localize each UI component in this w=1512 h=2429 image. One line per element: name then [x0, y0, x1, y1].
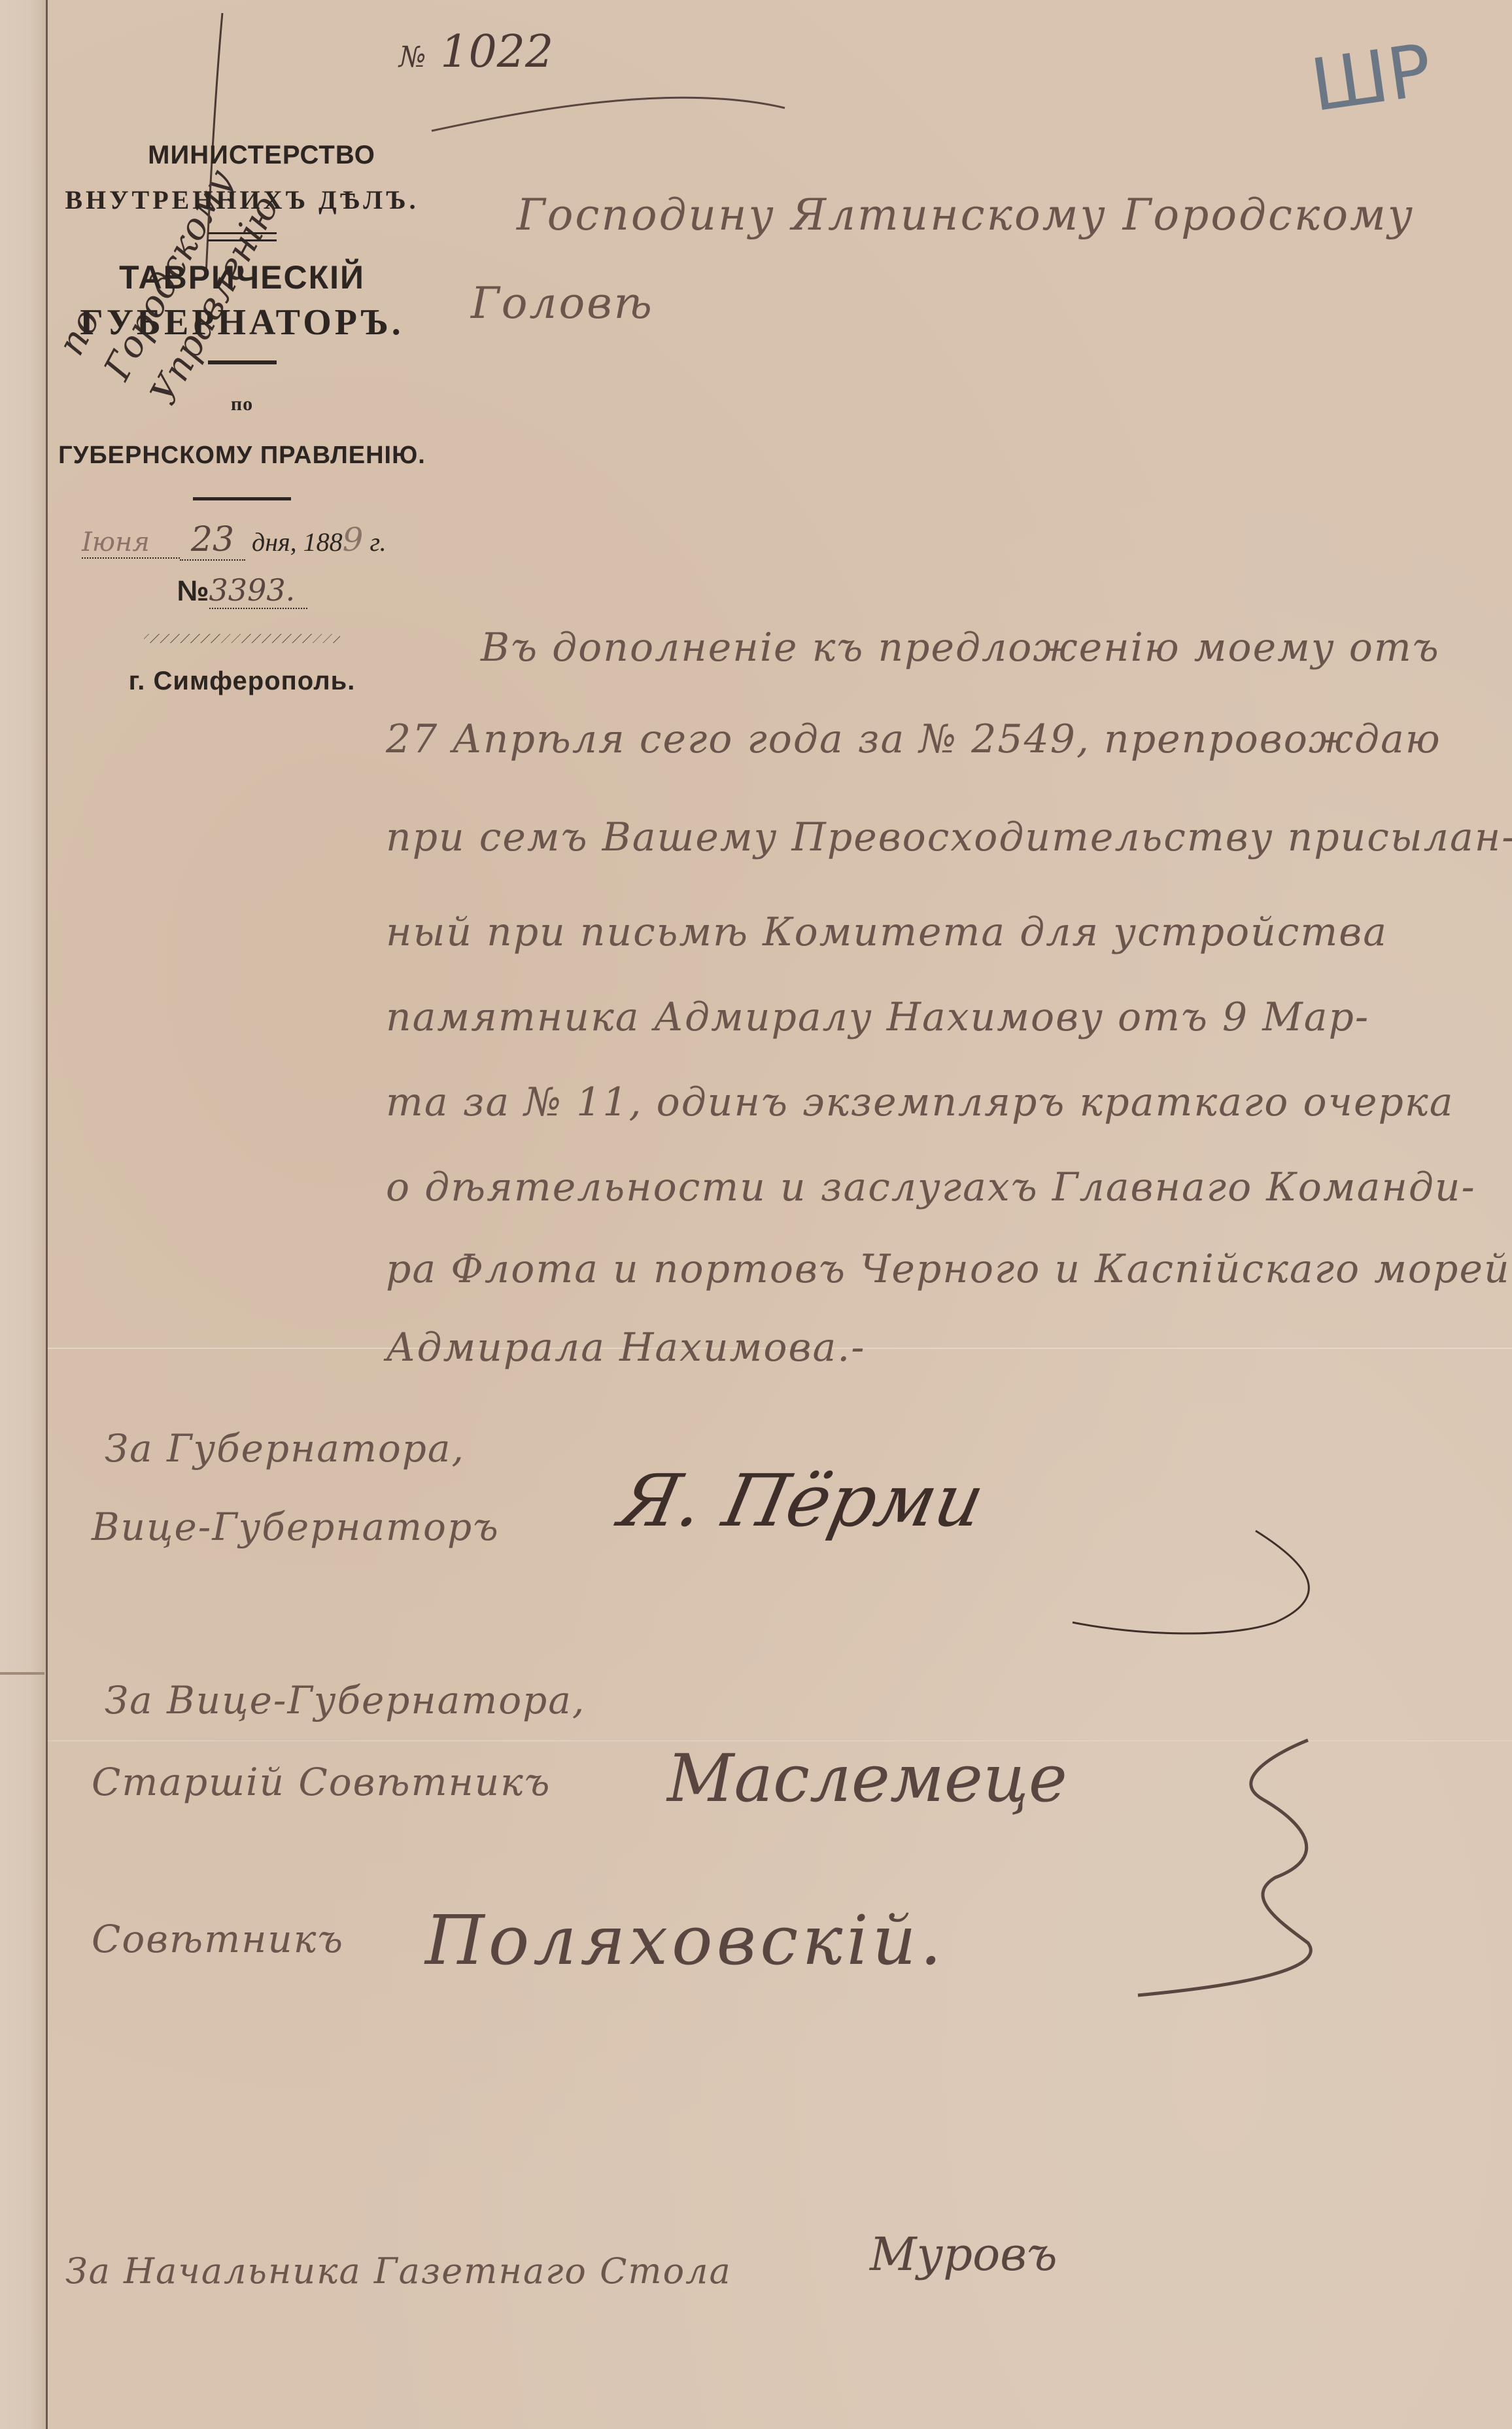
signature-gazette-desk: Муровъ: [870, 2228, 1057, 2281]
letterhead-outgoing-number: №3393.: [52, 572, 432, 612]
address-line-2: Головѣ: [471, 278, 654, 328]
body-line: ный при письмѣ Комитета для устройства: [386, 909, 1388, 955]
letterhead-board: ГУБЕРНСКОМУ ПРАВЛЕНІЮ.: [52, 442, 432, 470]
previous-page-edge: [0, 0, 48, 2429]
body-line: ра Флота и портовъ Черного и Каспійскаго…: [386, 1246, 1511, 1292]
number-field: 3393.: [209, 572, 307, 609]
signatory-title: За Начальника Газетнаго Стола: [65, 2250, 732, 2292]
signatory-title: За Губернатора,: [105, 1426, 465, 1471]
signatory-title: Вице-Губернаторъ: [92, 1505, 500, 1549]
letterhead-city: г. Симферополь.: [52, 667, 432, 696]
body-line: о дѣятельности и заслугахъ Главнаго Кома…: [386, 1164, 1476, 1210]
letterhead-rule: [208, 360, 277, 364]
letterhead-po: по: [52, 393, 432, 415]
signatory-title: Старшій Совѣтникъ: [92, 1760, 551, 1804]
letterhead-wavy-rule: [144, 634, 340, 643]
body-line: Въ дополненіе къ предложенію моему отъ: [481, 625, 1440, 671]
signatory-title: Совѣтникъ: [92, 1917, 344, 1961]
registration-underline: [425, 85, 791, 137]
letterhead-rule: [193, 497, 291, 500]
letterhead-internal-affairs: ВНУТРЕННИХЪ ДѢЛЪ.: [52, 184, 432, 215]
pencil-annotation: ШР: [1306, 28, 1437, 128]
letterhead-date: Іюня23 дня, 1889 г.: [52, 520, 432, 559]
address-line-1: Господину Ялтинскому Городскому: [517, 190, 1415, 240]
letterhead-taurida: ТАВРИЧЕСКІЙ: [52, 258, 432, 296]
signature-vice-governor: Я. Пёрми: [612, 1459, 991, 1543]
date-mid: дня, 188: [252, 527, 343, 557]
body-line: 27 Апрѣля сего года за № 2549, препровож…: [386, 716, 1441, 762]
date-day-field: 23: [180, 520, 245, 561]
signature-flourish: [1112, 1727, 1347, 2002]
letterhead-ministry: МИНИСТЕРСТВО: [92, 141, 432, 170]
signatory-title: За Вице-Губернатора,: [105, 1678, 585, 1722]
date-year-digit: 9: [343, 521, 364, 559]
page-fold: [0, 1672, 44, 1675]
signature-flourish: [1059, 1524, 1334, 1642]
body-line: памятника Адмиралу Нахимову отъ 9 Мар-: [386, 994, 1369, 1040]
signature-senior-councillor: Маслемеце: [667, 1740, 1067, 1817]
body-line: Адмирала Нахимова.-: [386, 1325, 866, 1371]
body-line: та за № 11, одинъ экземпляръ краткаго оч…: [386, 1079, 1454, 1125]
body-line: при семъ Вашему Превосходительству присы…: [386, 814, 1512, 860]
registration-number: № 1022: [399, 26, 553, 78]
letterhead-double-rule: [208, 232, 277, 241]
number-label: №: [177, 575, 209, 607]
date-suffix: г.: [369, 527, 386, 557]
signature-councillor: Поляховскій.: [425, 1900, 946, 1980]
letterhead-governor: ГУБЕРНАТОРЪ.: [52, 302, 432, 343]
registration-value: 1022: [440, 26, 553, 78]
registration-prefix: №: [399, 41, 426, 74]
letterhead: МИНИСТЕРСТВО ВНУТРЕННИХЪ ДѢЛЪ. ТАВРИЧЕСК…: [52, 141, 432, 696]
date-month-field: Іюня: [82, 527, 180, 559]
